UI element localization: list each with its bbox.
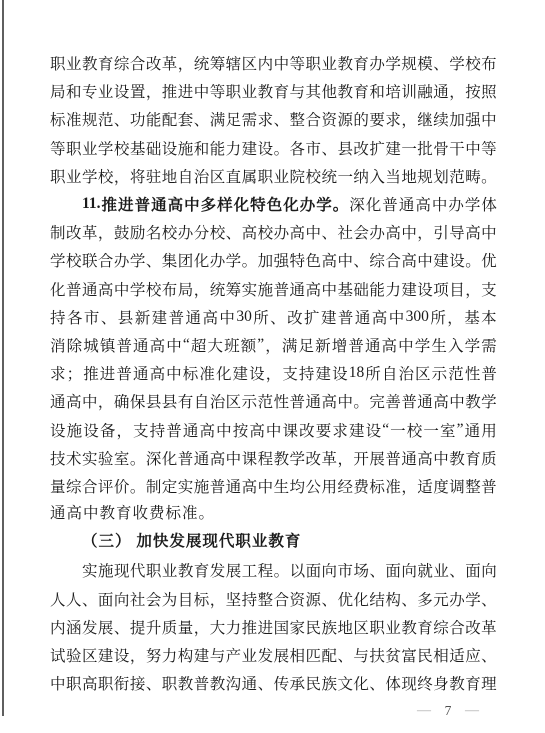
text-token: 干 [449,137,465,159]
text-token: 高 [417,447,433,469]
text-token: 建 [233,362,249,384]
text-token: 自 [178,165,194,187]
text-token: 业 [385,616,401,638]
text-token: 强 [274,249,290,271]
text-token: 普 [401,390,417,412]
text-token: 入 [448,334,464,356]
bold-text-token: 高 [168,193,184,215]
text-token: 业 [98,80,114,102]
text-token: 布 [162,278,178,300]
text-token: 标 [194,588,210,610]
text-token: 校 [306,165,322,187]
text-token: 扩 [304,306,320,328]
text-token: 市 [338,559,354,581]
text-token: 办 [449,588,465,610]
text-token: 建 [242,137,258,159]
text-token: 地 [337,616,353,638]
text-token: 纳 [353,165,369,187]
text-token: 持 [242,588,258,610]
text-token: 验 [66,644,82,666]
text-token: 置 [130,80,146,102]
text-token: 中 [398,334,414,356]
text-token: 专 [82,80,98,102]
text-token: 家 [290,616,306,638]
text-token: 普 [385,447,401,469]
text-token: 施 [194,475,210,497]
text-token: 院 [290,165,306,187]
text-token: 示 [432,362,448,384]
text-token: 础 [353,278,369,300]
text-token: 目 [178,588,194,610]
text-token: 业 [321,52,337,74]
text-token: 设 [417,278,433,300]
bold-text-token: 样 [217,193,233,215]
text-token: 力 [162,644,178,666]
text-line: 持各市、县新建普通高中30所、改扩建普通高中300所，基本 [50,303,497,331]
text-line: 制改革，鼓励名校办分校、高校办高中、社会办高中，引导高中 [50,218,497,246]
text-token: 等 [481,137,497,159]
text-token: 高 [150,362,166,384]
text-token: 与 [210,644,226,666]
text-token: 扶 [369,644,385,666]
text-token: 他 [321,80,337,102]
text-token: 能 [369,278,385,300]
text-token: 合 [98,249,114,271]
text-token: 的 [353,108,369,130]
text-token: 学 [50,249,66,271]
text-token: 等 [290,52,306,74]
text-token: 学 [465,193,481,215]
body-text: 职业教育综合改革，统筹辖区内中等职业教育办学规模、学校布局和专业设置，推进中等职… [50,49,497,697]
text-token: 化 [50,278,66,300]
text-token: 配 [321,644,337,666]
text-token: 民 [417,644,433,666]
text-token: 发 [210,559,226,581]
text-line: 人人、面向社会为目标，坚持整合资源、优化结构、多元办学、 [50,585,497,613]
text-token: 通 [186,306,202,328]
text-token: 引 [433,221,449,243]
text-token: 联 [82,249,98,271]
text-token: 合 [306,108,322,130]
text-token: 实 [242,278,258,300]
text-token: 范 [448,362,464,384]
text-token: 18 [349,364,365,382]
text-line: 试验区建设，努力构建与产业发展相匹配、与扶贫富民相适应、 [50,641,497,669]
text-token: 县 [118,306,134,328]
text-token: 、 [270,306,286,328]
text-token: 准 [199,362,215,384]
text-token: ， [98,221,114,243]
text-token: 当 [385,165,401,187]
text-token: 设 [162,137,178,159]
text-token: 、 [274,108,290,130]
footer-dash-left: — [417,704,431,718]
text-token: 额 [241,334,257,356]
text-token: 善 [385,390,401,412]
text-token: 育 [98,52,114,74]
text-token: 新 [315,334,331,356]
text-token: 需 [242,108,258,130]
text-token: ， [194,616,210,638]
text-token: 通 [355,306,371,328]
text-token: 办 [448,193,464,215]
text-token: 就 [417,559,433,581]
text-token: 要 [316,419,332,441]
bold-text-token: （三） 加快发展现代职业教育 [82,533,301,550]
text-token: ； [67,362,83,384]
text-token: 设 [249,362,265,384]
text-token: 基 [130,137,146,159]
text-token: 增 [332,334,348,356]
text-token: ， [337,447,353,469]
text-token: 、 [353,249,369,271]
text-token: 化 [194,249,210,271]
text-token: 中 [216,419,232,441]
text-token: 教 [449,672,465,694]
text-token: 教 [258,80,274,102]
text-token: 适 [417,475,433,497]
bold-text-token: 学 [316,193,332,215]
text-token: 除 [67,334,83,356]
text-token: 项 [433,278,449,300]
text-token: 教 [337,52,353,74]
text-token: 高 [385,221,401,243]
text-token: 普 [290,390,306,412]
text-token: 中 [166,334,182,356]
text-token: 业 [433,559,449,581]
text-token: 育 [353,52,369,74]
text-token: 直 [226,165,242,187]
text-token: 、 [369,559,385,581]
text-token: 实 [178,475,194,497]
text-token: 高 [321,390,337,412]
text-token: 能 [210,137,226,159]
bold-text-token: 办 [300,193,316,215]
text-line: 学校联合办学、集团化办学。加强特色高中、综合高中建设。优 [50,246,497,274]
text-token: 施 [258,278,274,300]
text-token: 社 [337,221,353,243]
text-token: 优 [481,249,497,271]
text-line: 局和专业设置，推进中等职业教育与其他教育和培训融通，按照 [50,77,497,105]
text-token: 强 [465,108,481,130]
text-token: 育 [353,80,369,102]
text-token: 公 [306,475,322,497]
text-token: 学 [130,278,146,300]
text-token: 学 [290,447,306,469]
text-token: 培 [385,80,401,102]
text-token: ， [465,278,481,300]
text-token: 普 [194,672,210,694]
text-token: 终 [417,672,433,694]
text-token: 展 [369,447,385,469]
text-token: 通 [133,334,149,356]
text-token: 以 [290,559,306,581]
text-token: 求 [332,419,348,441]
text-token: 质 [162,616,178,638]
text-token: 、 [114,108,130,130]
text-token: 性 [465,362,481,384]
text-token: 体 [481,193,497,215]
text-token: ， [266,362,282,384]
text-token: 校 [465,52,481,74]
text-token: 标 [183,362,199,384]
text-token: 和 [66,80,82,102]
text-token: 实 [82,559,98,581]
text-token: 育 [465,672,481,694]
text-token: 术 [66,447,82,469]
text-token: 加 [258,249,274,271]
text-token: 育 [465,447,481,469]
text-token: 入 [369,165,385,187]
text-line: 通高中教育收费标准。 [50,500,497,528]
scan-binding-edge-line [2,0,4,716]
text-token: 产 [226,644,242,666]
text-token: 配 [162,108,178,130]
text-token: 业 [82,137,98,159]
text-token: 构 [385,588,401,610]
text-token: 所 [253,306,269,328]
text-token: 高 [210,447,226,469]
text-token: 、 [82,588,98,610]
text-token: 相 [433,644,449,666]
text-token: 一 [423,419,439,441]
text-token: 县 [162,390,178,412]
text-token: 技 [50,447,66,469]
text-token: 设 [366,419,382,441]
text-token: 定 [162,475,178,497]
text-line: 标准规范、功能配套、满足需求、整合资源的要求，继续加强中 [50,105,497,133]
text-line: 技术实验室。深化普通高中课程教学改革，开展普通高中教育质 [50,444,497,472]
text-token: 区 [226,390,242,412]
text-token: 人 [66,588,82,610]
text-token: 构 [178,644,194,666]
text-token: 设 [258,137,274,159]
text-token: 划 [433,165,449,187]
text-token: ， [116,419,132,441]
text-token: 扩 [369,137,385,159]
text-token: 普 [66,278,82,300]
text-line: 设施设备，支持普通高中按高中课改要求建设“一校一室”通用 [50,415,497,443]
bold-text-token: 化 [234,193,250,215]
text-token: 镇 [100,334,116,356]
text-token: 、 [321,137,337,159]
text-token: 室 [440,419,456,441]
text-token: 求 [385,108,401,130]
text-token: 支 [133,419,149,441]
footer-dash-right: — [465,704,479,718]
text-token: 向 [322,559,338,581]
text-token: 中 [226,447,242,469]
text-token: 批 [417,137,433,159]
text-token: 贫 [385,644,401,666]
text-token: 中 [433,447,449,469]
text-token: 筹 [226,278,242,300]
text-token: 职 [50,52,66,74]
text-token: 继 [417,108,433,130]
text-token: 与 [353,644,369,666]
text-token: 标 [50,108,66,130]
text-token: 标 [369,475,385,497]
text-token: 通 [133,362,149,384]
text-token: 中 [465,137,481,159]
document-page: 职业教育综合改革，统筹辖区内中等职业教育办学规模、学校布局和专业设置，推进中等职… [0,0,545,733]
text-token: 普 [169,306,185,328]
text-token: 设 [449,249,465,271]
text-token: 涵 [66,616,82,638]
text-token: 中 [401,221,417,243]
text-token: 传 [274,672,290,694]
text-token: 族 [321,672,337,694]
bold-text-token: 推 [102,193,118,215]
text-token: 改 [353,137,369,159]
text-token: 族 [321,616,337,638]
text-token: 革 [82,221,98,243]
text-token: 推 [83,362,99,384]
text-token: 职 [50,165,66,187]
bold-text-token: 中 [184,193,200,215]
text-token: 程 [258,559,274,581]
text-token: 向 [481,559,497,581]
text-token: 、 [369,672,385,694]
text-token: 、 [258,672,274,694]
text-token: 深 [146,447,162,469]
text-token: 业 [274,165,290,187]
text-token: 化 [162,447,178,469]
text-token: 普 [338,306,354,328]
text-token: 设 [332,362,348,384]
text-token: 综 [114,52,130,74]
text-token: 功 [130,108,146,130]
text-token: 范 [258,390,274,412]
text-token: 新 [135,306,151,328]
text-token: 支 [282,362,298,384]
text-token: 力 [226,137,242,159]
text-token: 畴 [465,165,481,187]
text-token: 局 [50,80,66,102]
text-token: 建 [433,249,449,271]
text-token: 基 [464,306,480,328]
text-token: 业 [242,644,258,666]
text-token: ， [447,306,463,328]
text-token: 业 [66,52,82,74]
text-token: 布 [481,52,497,74]
text-token: 。 [353,390,369,412]
text-token: 结 [369,588,385,610]
bold-text-token: 。 [333,193,349,215]
text-token: 开 [353,447,369,469]
text-token: 高 [98,278,114,300]
text-token: 合 [130,52,146,74]
text-token: 范 [449,165,465,187]
text-token: 业 [162,559,178,581]
text-token: 职 [258,165,274,187]
text-token: 统 [321,165,337,187]
text-line: 通高中，确保县县有自治区示范性普通高中。完善普通高中教学 [50,387,497,415]
text-token: 学 [98,137,114,159]
text-token: 文 [337,672,353,694]
text-token: 高 [202,306,218,328]
text-token: 区 [210,165,226,187]
text-token: 中 [50,672,66,694]
text-token: 一 [337,165,353,187]
bold-text-token: 化 [283,193,299,215]
text-token: 、 [146,249,162,271]
text-token: 现 [401,672,417,694]
text-token: 校 [146,278,162,300]
text-token: 学 [465,334,481,356]
text-token: 资 [321,108,337,130]
text-token: 区 [353,616,369,638]
text-token: 力 [385,278,401,300]
text-token: 高 [249,419,265,441]
text-token: 深 [349,193,365,215]
text-token: 中 [166,362,182,384]
text-token: 职 [162,672,178,694]
text-token: 通 [82,278,98,300]
text-token: 学 [226,249,242,271]
text-token: 进 [100,362,116,384]
text-token: 通 [401,447,417,469]
text-token: 。 [465,249,481,271]
text-token: 中 [417,249,433,271]
text-token: 改 [465,616,481,638]
text-token: 照 [481,80,497,102]
text-token: 治 [210,390,226,412]
text-token: 化 [353,588,369,610]
text-token: 调 [449,475,465,497]
text-token: 合 [274,588,290,610]
text-token: 。 [274,559,290,581]
text-token: 教 [401,616,417,638]
text-token: 制 [146,475,162,497]
text-token: 普 [481,475,497,497]
text-token: 会 [353,221,369,243]
text-token: 性 [274,390,290,412]
text-token: 学 [415,334,431,356]
text-token: ， [178,52,194,74]
text-token: 改 [306,447,322,469]
text-token: 等 [210,80,226,102]
text-token: 用 [481,419,497,441]
text-token: 优 [337,588,353,610]
text-token: 通 [433,80,449,102]
text-token: 整 [465,475,481,497]
text-token: 育 [194,559,210,581]
text-token: 用 [321,475,337,497]
text-token: 校 [114,137,130,159]
text-token: ， [401,108,417,130]
text-token: 自 [194,390,210,412]
text-token: 训 [401,80,417,102]
text-token: 办 [369,221,385,243]
text-token: 中 [306,221,322,243]
text-token: 区 [242,52,258,74]
text-token: 等 [50,137,66,159]
text-token: 规 [82,108,98,130]
text-token: 教 [465,390,481,412]
text-token: 所 [430,306,446,328]
bold-text-token: 进 [118,193,134,215]
bold-text-token: 特 [250,193,266,215]
text-token: 发 [82,616,98,638]
text-line: 求；推进普通高中标准化建设，支持建设18所自治区示范性普 [50,359,497,387]
text-token: 设 [50,419,66,441]
text-token: 接 [130,672,146,694]
text-token: 中 [432,193,448,215]
text-token: 工 [242,559,258,581]
text-token: 备 [100,419,116,441]
text-token: 内 [50,616,66,638]
